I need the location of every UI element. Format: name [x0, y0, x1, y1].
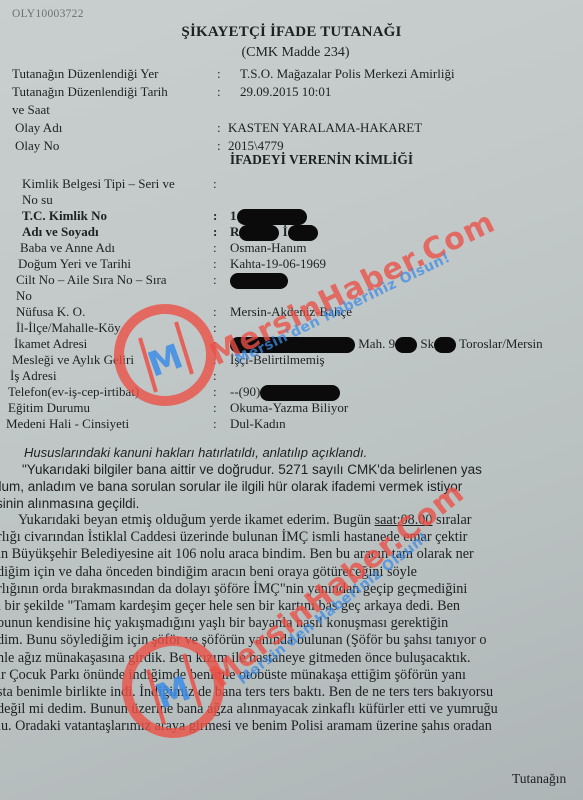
field-label: Medeni Hali - Cinsiyeti [6, 416, 129, 432]
colon: : [217, 84, 221, 100]
field-label: ve Saat [12, 102, 50, 118]
rights-paragraph: Hususlarındaki kanuni hakları hatırlatıl… [0, 444, 583, 461]
narrative-time: saat:08.00 [375, 512, 433, 528]
narrative-line: diğim için ve daha önceden bindiğim arac… [0, 564, 583, 581]
field-label: Mesleği ve Aylık Geliri [12, 352, 134, 368]
narrative-line: in Büyükşehir Belediyesine ait 106 nolu … [0, 546, 583, 563]
colon: : [213, 256, 217, 272]
narrative-line: bunun kendisine hiç yakışmadığını yaşlı … [0, 615, 583, 632]
field-label: No su [22, 192, 53, 208]
field-value: R İ [230, 224, 318, 241]
field-value: İşçi-Belirtilmemiş [230, 352, 325, 368]
statement-line: sinin alınmasına geçildi. [0, 495, 583, 512]
narrative-line: rlığının orda bırakmasından da dolayı şö… [0, 581, 583, 598]
narrative-line: sta benimle birlikte indi. İndiğimiz de … [0, 684, 583, 701]
redaction-mark [434, 337, 456, 353]
colon: : [213, 368, 217, 384]
field-label: Kimlik Belgesi Tipi – Seri ve [22, 176, 175, 192]
footer-text: Tutanağın [512, 771, 566, 787]
field-value: T.S.O. Mağazalar Polis Merkezi Amirliği [240, 66, 455, 82]
field-label: Eğitim Durumu [8, 400, 90, 416]
logo-letter: M [143, 336, 188, 385]
colon: : [213, 352, 217, 368]
field-label: Doğum Yeri ve Tarihi [18, 256, 131, 272]
field-label: No [16, 288, 32, 304]
colon: : [213, 320, 217, 336]
colon: : [213, 416, 217, 432]
field-label: Cilt No – Aile Sıra No – Sıra [16, 272, 167, 288]
field-label: Olay Adı [15, 120, 62, 136]
section-title: İFADEYİ VERENİN KİMLİĞİ [0, 152, 583, 168]
redaction-mark [237, 209, 307, 225]
narrative-line: lu. Oradaki vatantaşlarımız araya girmes… [0, 718, 583, 735]
narrative-line: ir Çocuk Parkı önünde indiğimde benimle … [0, 667, 583, 684]
field-value: 1 [230, 208, 307, 225]
field-label: Adı ve Soyadı [22, 224, 99, 240]
field-value: KASTEN YARALAMA-HAKARET [228, 120, 422, 136]
redaction-mark [230, 273, 288, 289]
field-value: Okuma-Yazma Biliyor [230, 400, 348, 416]
field-label: İkamet Adresi [14, 336, 87, 352]
colon: : [213, 272, 217, 288]
colon: : [217, 66, 221, 82]
redaction-mark [230, 337, 355, 353]
field-label: İl-İlçe/Mahalle-Köy [16, 320, 121, 336]
colon: : [213, 208, 217, 224]
narrative-line: Yukarıdaki beyan etmiş olduğum yerde ika… [0, 512, 583, 529]
colon: : [213, 384, 217, 400]
document-id: OLY10003722 [12, 8, 84, 20]
field-value: Kahta-19-06-1969 [230, 256, 326, 272]
statement-paragraph: "Yukarıdaki bilgiler bana aittir ve doğr… [0, 461, 583, 513]
field-value: Dul-Kadın [230, 416, 286, 432]
colon: : [213, 240, 217, 256]
field-label: Tutanağın Düzenlendiği Tarih [12, 84, 168, 100]
field-label: T.C. Kimlik No [22, 208, 107, 224]
redaction-mark [239, 225, 279, 241]
colon: : [217, 120, 221, 136]
statement-line: dum, anladım ve bana sorulan sorular ile… [0, 478, 583, 495]
redaction-mark [260, 385, 340, 401]
rights-text: Hususlarındaki kanuni hakları hatırlatıl… [24, 445, 367, 460]
field-value: --(90) [230, 384, 340, 401]
statement-line: "Yukarıdaki bilgiler bana aittir ve doğr… [0, 461, 583, 478]
narrative-line: değil mi dedim. Bunun üzerine bana ağza … [0, 701, 583, 718]
narrative-paragraph: Yukarıdaki beyan etmiş olduğum yerde ika… [0, 512, 583, 735]
document-subtitle: (CMK Madde 234) [0, 45, 583, 61]
field-value: 29.09.2015 10:01 [240, 84, 331, 100]
field-value: Mah. 9 Sk Toroslar/Mersin [230, 336, 543, 353]
narrative-line: i bir şekilde "Tamam kardeşim geçer hele… [0, 598, 583, 615]
field-value: Osman-Hanım [230, 240, 307, 256]
narrative-line: nle ağız münakaşasına girdik. Ben kızım … [0, 650, 583, 667]
colon: : [213, 176, 217, 192]
field-value [230, 272, 288, 289]
document-page: OLY10003722 ŞİKAYETÇİ İFADE TUTANAĞI (CM… [0, 0, 583, 800]
rights-line: Hususlarındaki kanuni hakları hatırlatıl… [0, 444, 583, 461]
narrative-line: rlığı civarından İstiklal Caddesi üzerin… [0, 529, 583, 546]
narrative-line: dim. Bunu söylediğim için şöför ve şöför… [0, 632, 583, 649]
field-label: İş Adresi [10, 368, 57, 384]
redaction-mark [395, 337, 417, 353]
field-value: Mersin-Akdeniz-Bahçe [230, 304, 352, 320]
redaction-mark [288, 225, 318, 241]
colon: : [213, 336, 217, 352]
field-label: Telefon(ev-iş-cep-irtibat) [8, 384, 139, 400]
colon: : [213, 304, 217, 320]
field-label: Baba ve Anne Adı [20, 240, 115, 256]
document-title: ŞİKAYETÇİ İFADE TUTANAĞI [0, 24, 583, 41]
colon: : [213, 224, 217, 240]
field-label: Nüfusa K. O. [16, 304, 85, 320]
colon: : [213, 400, 217, 416]
field-label: Tutanağın Düzenlendiği Yer [12, 66, 159, 82]
